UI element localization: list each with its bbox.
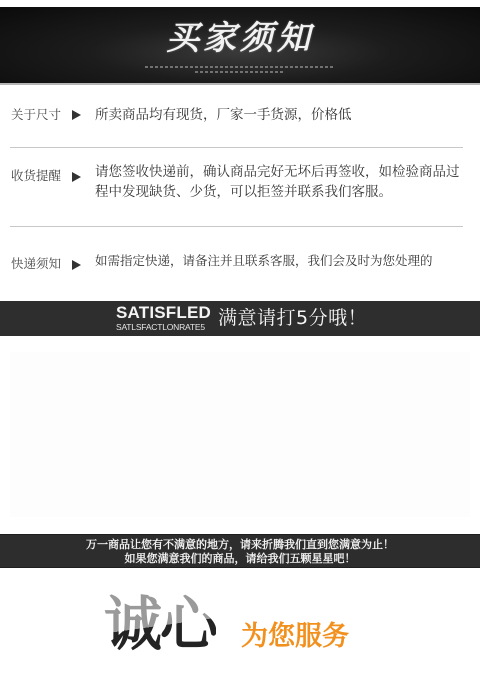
- header-decorative-subtext: [140, 66, 340, 75]
- satisfaction-banner: SATISFLED SATLSFACTLONRATE5 满意请打5分哦！: [0, 301, 480, 336]
- info-text: 如需指定快递，请备注并且联系客服，我们会及时为您处理的: [95, 251, 465, 271]
- satisfaction-english: SATISFLED SATLSFACTLONRATE5: [116, 304, 211, 332]
- blank-image-area: [10, 352, 470, 517]
- decorative-line: [195, 71, 285, 73]
- info-label: 快递须知: [11, 256, 61, 272]
- header-banner: 买家须知: [0, 7, 480, 85]
- slogan-main: 诚心: [104, 589, 216, 659]
- decorative-line: [145, 66, 335, 68]
- triangle-right-icon: [72, 172, 81, 182]
- satisfaction-title: SATISFLED: [116, 304, 211, 322]
- header-title: 买家须知: [0, 20, 480, 56]
- satisfaction-rating-text: 满意请打5分哦！: [218, 306, 367, 330]
- info-label: 收货提醒: [11, 168, 61, 184]
- satisfaction-subtitle: SATLSFACTLONRATE5: [116, 322, 211, 332]
- info-text: 请您签收快递前，确认商品完好无坏后再签收，如检验商品过程中发现缺货、少货，可以拒…: [95, 162, 465, 202]
- message-banner: 万一商品让您有不满意的地方，请来折腾我们直到您满意为止！ 如果您满意我们的商品，…: [0, 534, 480, 568]
- message-line-1: 万一商品让您有不满意的地方，请来折腾我们直到您满意为止！: [0, 538, 480, 552]
- slogan-sub: 为您服务: [241, 617, 349, 657]
- info-text: 所卖商品均有现货，厂家一手货源，价格低: [95, 105, 465, 125]
- divider: [10, 226, 463, 227]
- info-label: 关于尺寸: [11, 107, 61, 123]
- divider: [10, 147, 463, 148]
- message-line-2: 如果您满意我们的商品，请给我们五颗星星吧！: [0, 552, 480, 566]
- triangle-right-icon: [72, 110, 81, 120]
- triangle-right-icon: [72, 260, 81, 270]
